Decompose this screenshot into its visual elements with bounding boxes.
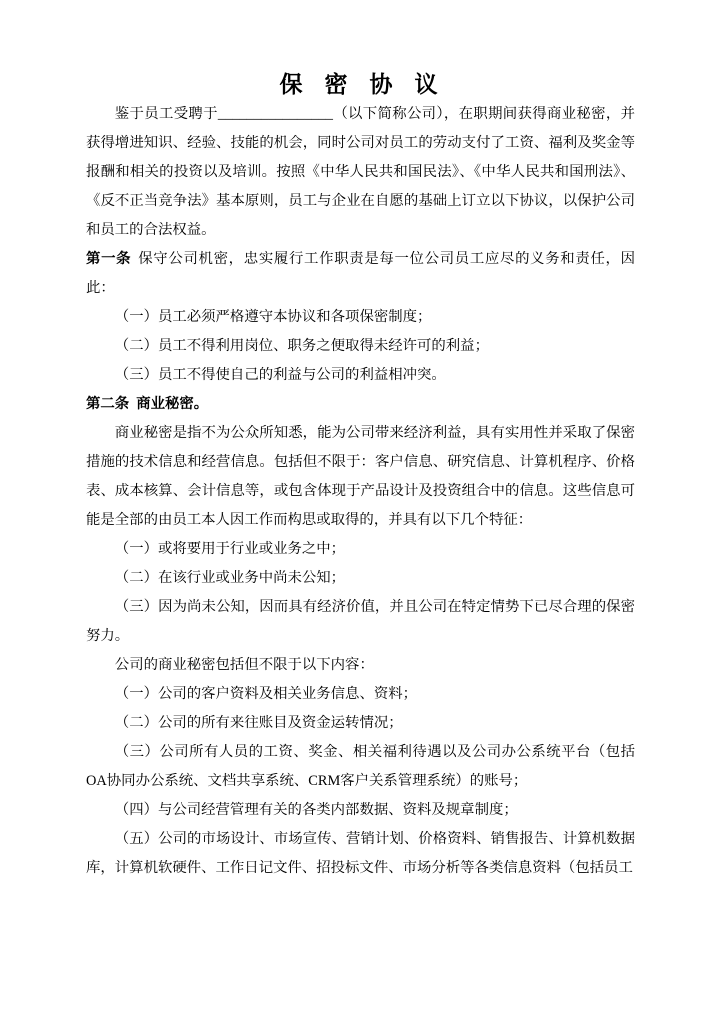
document-page: 保 密 协 议 鉴于员工受聘于________________（以下简称公司），… <box>0 0 721 1020</box>
intro-paragraph: 鉴于员工受聘于________________（以下简称公司），在职期间获得商业… <box>86 100 635 245</box>
scope-item-5: （五）公司的市场设计、市场宣传、营销计划、价格资料、销售报告、计算机数据库，计算… <box>86 825 635 883</box>
page-title: 保 密 协 议 <box>86 0 635 100</box>
company-name-blank: ________________ <box>218 106 333 122</box>
intro-rest-text: （以下简称公司），在职期间获得商业秘密，并获得增进知识、经验、技能的机会，同时公… <box>86 106 635 238</box>
scope-item-3: （三）公司所有人员的工资、奖金、相关福利待遇以及公司办公系统平台（包括OA协同办… <box>86 738 635 796</box>
scope-item-2: （二）公司的所有来往账目及资金运转情况； <box>86 709 635 738</box>
article-2-definition: 商业秘密是指不为公众所知悉，能为公司带来经济利益，具有实用性并采取了保密措施的技… <box>86 419 635 535</box>
article-1-item-3: （三）员工不得使自己的利益与公司的利益相冲突。 <box>86 361 635 390</box>
article-2-title-text: 商业秘密。 <box>136 396 208 412</box>
scope-intro: 公司的商业秘密包括但不限于以下内容： <box>86 651 635 680</box>
scope-item-4: （四）与公司经营管理有关的各类内部数据、资料及规章制度； <box>86 796 635 825</box>
article-2-feature-3: （三）因为尚未公知，因而具有经济价值，并且公司在特定情势下已尽合理的保密努力。 <box>86 593 635 651</box>
article-1-heading: 第一条保守公司机密，忠实履行工作职责是每一位公司员工应尽的义务和责任，因此： <box>86 245 635 303</box>
article-2-label: 第二条 <box>86 396 129 412</box>
intro-lead-text: 鉴于员工受聘于 <box>115 106 218 122</box>
scope-item-1: （一）公司的客户资料及相关业务信息、资料； <box>86 680 635 709</box>
article-1-label: 第一条 <box>86 251 131 267</box>
article-2-feature-1: （一）或将要用于行业或业务之中； <box>86 535 635 564</box>
article-2-heading: 第二条商业秘密。 <box>86 390 635 419</box>
article-1-item-1: （一）员工必须严格遵守本协议和各项保密制度； <box>86 303 635 332</box>
article-1-item-2: （二）员工不得利用岗位、职务之便取得未经许可的利益； <box>86 332 635 361</box>
article-2-feature-2: （二）在该行业或业务中尚未公知； <box>86 564 635 593</box>
article-1-heading-text: 保守公司机密，忠实履行工作职责是每一位公司员工应尽的义务和责任，因此： <box>86 251 635 296</box>
